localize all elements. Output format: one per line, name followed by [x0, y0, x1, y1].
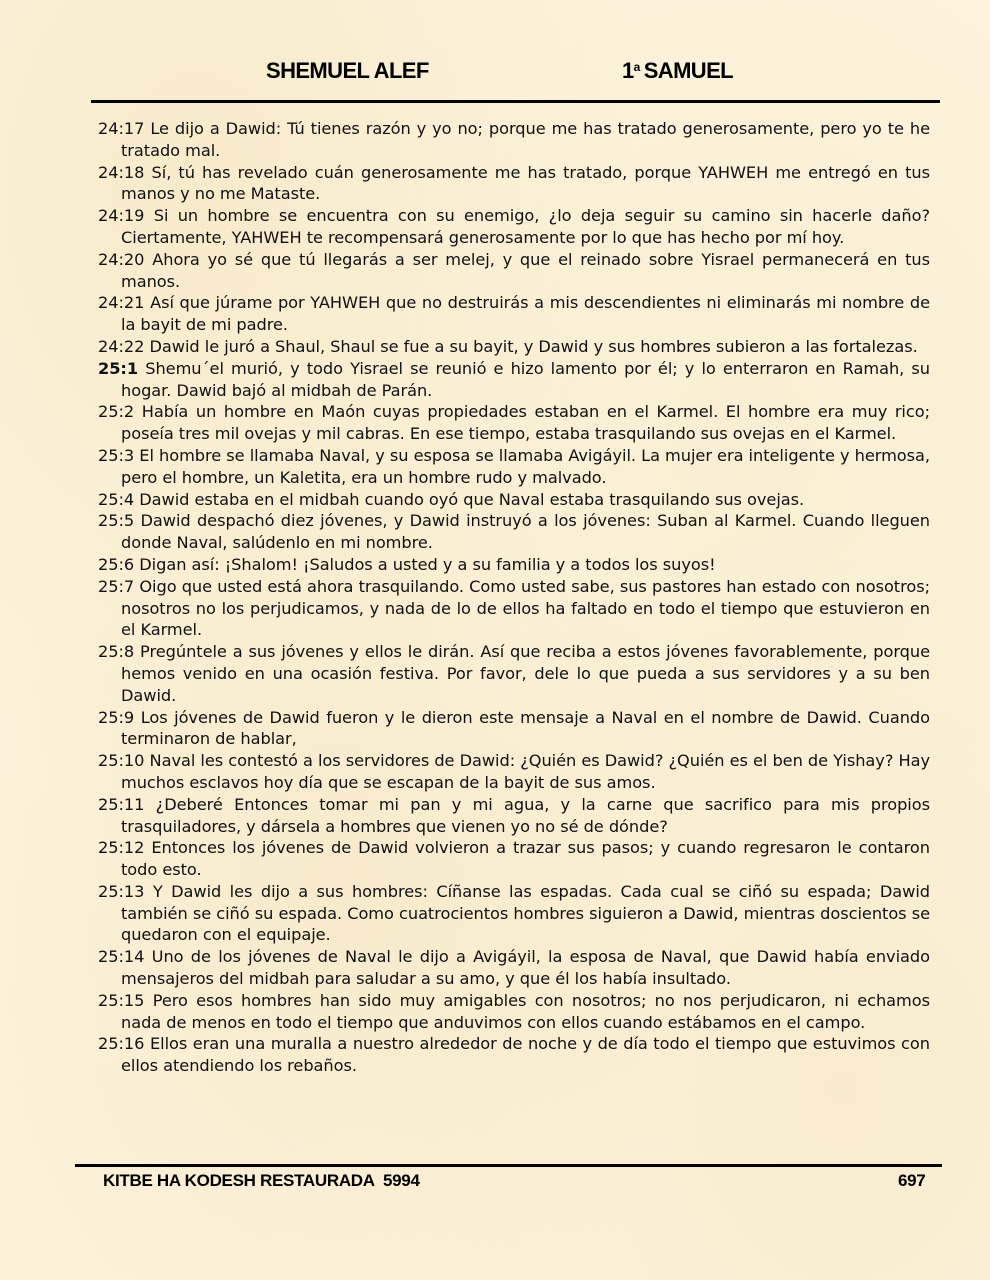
verse-text: Digan así: ¡Shalom! ¡Saludos a usted y a… — [139, 555, 715, 574]
verse-ref: 24:19 — [98, 206, 144, 225]
footer-divider — [75, 1164, 942, 1167]
verse: 25:8 Pregúntele a sus jóvenes y ellos le… — [98, 641, 930, 706]
verse: 25:12 Entonces los jóvenes de Dawid volv… — [98, 837, 930, 881]
verse-text: Dawid estaba en el midbah cuando oyó que… — [139, 490, 804, 509]
verse-ref: 24:17 — [98, 119, 144, 138]
verse-text: Shemu´el murió, y todo Yisrael se reunió… — [121, 359, 930, 400]
verse-ref: 25:13 — [98, 882, 144, 901]
page-number: 697 — [898, 1171, 925, 1191]
verse: 25:5 Dawid despachó diez jóvenes, y Dawi… — [98, 510, 930, 554]
verse: 25:9 Los jóvenes de Dawid fueron y le di… — [98, 707, 930, 751]
verse-text: Entonces los jóvenes de Dawid volvieron … — [121, 838, 930, 879]
verse-text: Ahora yo sé que tú llegarás a ser melej,… — [121, 250, 930, 291]
verse-ref: 24:21 — [98, 293, 144, 312]
verse-ref: 25:10 — [98, 751, 144, 770]
book-number: 1 — [622, 58, 634, 83]
verse: 24:21 Así que júrame por YAHWEH que no d… — [98, 292, 930, 336]
page-header: SHEMUEL ALEF 1aSAMUEL — [0, 58, 990, 90]
verse-text: Pero esos hombres han sido muy amigables… — [121, 991, 930, 1032]
verse-text: Le dijo a Dawid: Tú tienes razón y yo no… — [121, 119, 930, 160]
verse-text: Si un hombre se encuentra con su enemigo… — [121, 206, 930, 247]
verse-ref: 25:5 — [98, 511, 134, 530]
verse: 24:22 Dawid le juró a Shaul, Shaul se fu… — [98, 336, 930, 358]
verse-ref: 25:14 — [98, 947, 144, 966]
chapter-verse-ref: 25:1 — [98, 359, 138, 378]
book-title-hebrew: SHEMUEL ALEF — [266, 58, 429, 84]
ordinal-superscript: a — [634, 60, 640, 74]
verse-ref: 24:20 — [98, 250, 144, 269]
verse-ref: 25:7 — [98, 577, 134, 596]
verse: 25:3 El hombre se llamaba Naval, y su es… — [98, 445, 930, 489]
verse-chapter-start: 25:1 Shemu´el murió, y todo Yisrael se r… — [98, 358, 930, 402]
verse: 25:7 Oigo que usted está ahora trasquila… — [98, 576, 930, 641]
verse-text: Oigo que usted está ahora trasquilando. … — [121, 577, 930, 640]
verse: 25:6 Digan así: ¡Shalom! ¡Saludos a uste… — [98, 554, 930, 576]
verse-text: El hombre se llamaba Naval, y su esposa … — [121, 446, 930, 487]
verse-text: Dawid despachó diez jóvenes, y Dawid ins… — [121, 511, 930, 552]
verse-ref: 25:11 — [98, 795, 144, 814]
verse-ref: 25:15 — [98, 991, 144, 1010]
verse-ref: 25:4 — [98, 490, 134, 509]
verse-text: Los jóvenes de Dawid fueron y le dieron … — [121, 708, 930, 749]
verse: 25:2 Había un hombre en Maón cuyas propi… — [98, 401, 930, 445]
verse: 24:20 Ahora yo sé que tú llegarás a ser … — [98, 249, 930, 293]
verse-ref: 24:18 — [98, 163, 144, 182]
verse-ref: 25:16 — [98, 1034, 144, 1053]
verse-text: Y Dawid les dijo a sus hombres: Cíñanse … — [121, 882, 930, 945]
verse-ref: 25:9 — [98, 708, 134, 727]
verse: 24:17 Le dijo a Dawid: Tú tienes razón y… — [98, 118, 930, 162]
verse: 25:16 Ellos eran una muralla a nuestro a… — [98, 1033, 930, 1077]
verse-ref: 25:6 — [98, 555, 134, 574]
header-divider — [91, 100, 940, 103]
verse-ref: 25:2 — [98, 402, 134, 421]
verse-text: Dawid le juró a Shaul, Shaul se fue a su… — [150, 337, 918, 356]
verse: 24:19 Si un hombre se encuentra con su e… — [98, 205, 930, 249]
verse: 25:11 ¿Deberé Entonces tomar mi pan y mi… — [98, 794, 930, 838]
verse-ref: 25:12 — [98, 838, 144, 857]
verse-text: Había un hombre en Maón cuyas propiedade… — [121, 402, 930, 443]
verse-text: Ellos eran una muralla a nuestro alreded… — [121, 1034, 930, 1075]
verse-ref: 25:8 — [98, 642, 134, 661]
verse-text: Pregúntele a sus jóvenes y ellos le dirá… — [121, 642, 930, 705]
verse-list: 24:17 Le dijo a Dawid: Tú tienes razón y… — [98, 118, 930, 1077]
verse-text: Así que júrame por YAHWEH que no destrui… — [121, 293, 930, 334]
verse: 25:4 Dawid estaba en el midbah cuando oy… — [98, 489, 930, 511]
book-title-spanish: 1aSAMUEL — [622, 58, 733, 84]
book-name: SAMUEL — [644, 58, 733, 83]
verse-text: Sí, tú has revelado cuán generosamente m… — [121, 163, 930, 204]
verse-ref: 25:3 — [98, 446, 134, 465]
verse: 25:10 Naval les contestó a los servidore… — [98, 750, 930, 794]
verse-text: Naval les contestó a los servidores de D… — [121, 751, 930, 792]
verse: 24:18 Sí, tú has revelado cuán generosam… — [98, 162, 930, 206]
verse: 25:13 Y Dawid les dijo a sus hombres: Cí… — [98, 881, 930, 946]
verse: 25:14 Uno de los jóvenes de Naval le dij… — [98, 946, 930, 990]
verse-text: Uno de los jóvenes de Naval le dijo a Av… — [121, 947, 930, 988]
verse-ref: 24:22 — [98, 337, 144, 356]
verse: 25:15 Pero esos hombres han sido muy ami… — [98, 990, 930, 1034]
verse-text: ¿Deberé Entonces tomar mi pan y mi agua,… — [121, 795, 930, 836]
footer-book-title: KITBE HA KODESH RESTAURADA 5994 — [103, 1171, 420, 1191]
